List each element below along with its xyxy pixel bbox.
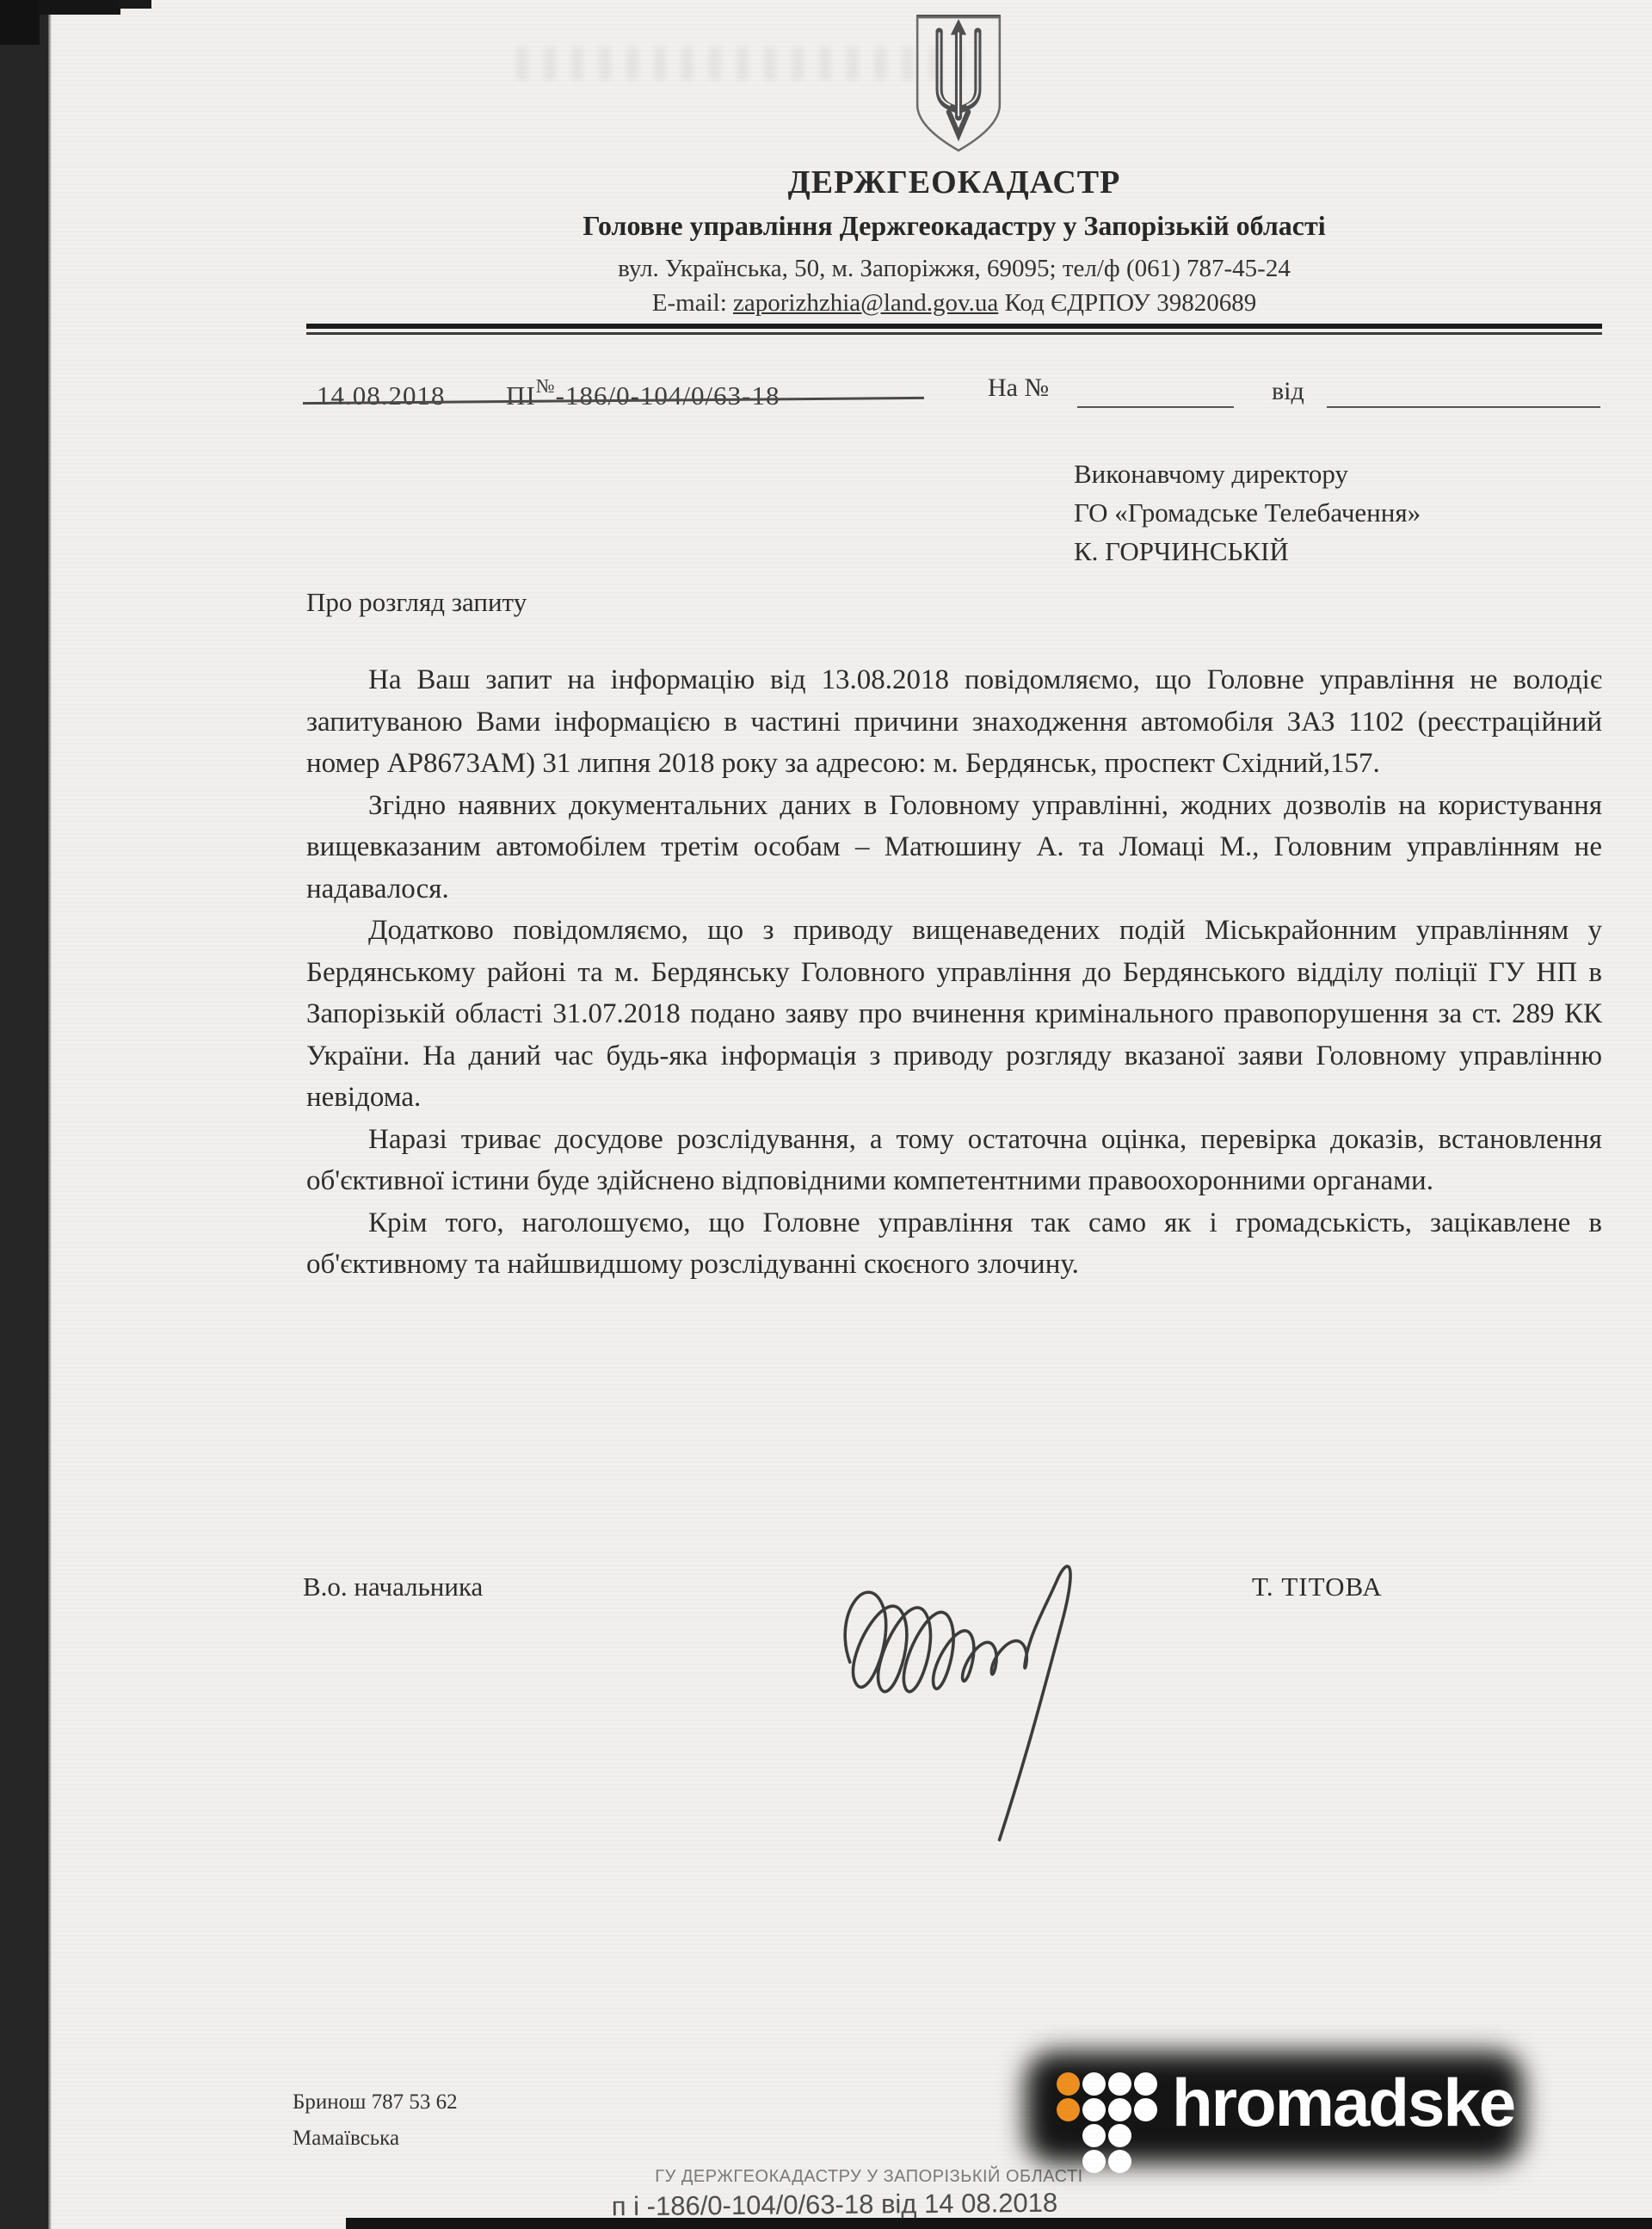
signatory-name: Т. ТІТОВА bbox=[1252, 1571, 1383, 1602]
reply-from-date-label: від bbox=[1272, 377, 1304, 406]
scan-smudge-artifact bbox=[516, 47, 964, 80]
header-divider-thick bbox=[306, 324, 1602, 329]
scan-corner-artifact bbox=[38, 0, 120, 15]
body-paragraph: Наразі триває досудове розслідування, а … bbox=[306, 1119, 1602, 1202]
letter-body: На Ваш запит на інформацію від 13.08.201… bbox=[306, 659, 1602, 1286]
registration-stamp-number: п і -186/0-104/0/63-18 від 14 08.2018 bbox=[568, 2187, 1101, 2222]
org-address-line: вул. Українська, 50, м. Запоріжжя, 69095… bbox=[306, 255, 1602, 283]
blank-underline bbox=[1327, 406, 1600, 408]
recipient-block: Виконавчому директору ГО «Громадське Тел… bbox=[1074, 454, 1590, 571]
scan-left-edge-shadow bbox=[48, 0, 52, 2229]
org-short-name: ДЕРЖГЕОКАДАСТР bbox=[306, 164, 1602, 201]
email-suffix: Код ЄДРПОУ 39820689 bbox=[998, 289, 1256, 317]
signatory-position: В.о. начальника bbox=[303, 1571, 483, 1602]
recipient-line: К. ГОРЧИНСЬКІЙ bbox=[1074, 532, 1590, 571]
reply-to-number-label: На № bbox=[988, 374, 1049, 403]
letter-number: ПІ№-186/0-104/0/63-18 bbox=[506, 380, 780, 411]
executor-contact-block: Бринош 787 53 62 Мамаївська bbox=[293, 2084, 458, 2157]
hromadske-logo-text: hromadske bbox=[1172, 2064, 1514, 2142]
scanned-letter-page: ДЕРЖГЕОКАДАСТР Головне управління Держге… bbox=[0, 0, 1652, 2229]
hromadske-logo: hromadske bbox=[1024, 2048, 1540, 2195]
subject-line: Про розгляд запиту bbox=[306, 587, 527, 618]
executor-contact-line: Бринош 787 53 62 bbox=[293, 2084, 458, 2121]
recipient-line: ГО «Громадське Телебачення» bbox=[1074, 493, 1590, 532]
email-address: zaporizhzhia@land.gov.ua bbox=[733, 289, 998, 317]
number-sign: № bbox=[536, 375, 556, 397]
org-email-line: E-mail: zaporizhzhia@land.gov.ua Код ЄДР… bbox=[306, 289, 1602, 318]
scan-left-edge-bar bbox=[0, 0, 48, 2229]
body-paragraph: Додатково повідомляємо, що з приводу вищ… bbox=[306, 910, 1602, 1119]
scan-corner-artifact bbox=[0, 0, 40, 45]
org-full-name: Головне управління Держгеокадастру у Зап… bbox=[306, 210, 1602, 242]
header-divider-thin bbox=[306, 332, 1602, 335]
body-paragraph: Крім того, наголошуємо, що Головне управ… bbox=[306, 1202, 1602, 1286]
letter-date: 14.08.2018 bbox=[317, 380, 446, 411]
email-label: E-mail: bbox=[652, 289, 733, 317]
scan-bottom-edge-bar bbox=[346, 2218, 1652, 2229]
blank-underline bbox=[1077, 406, 1234, 408]
signature-scribble bbox=[819, 1525, 1215, 1852]
executor-contact-line: Мамаївська bbox=[293, 2121, 458, 2157]
body-paragraph: На Ваш запит на інформацію від 13.08.201… bbox=[306, 659, 1602, 785]
ukraine-trident-emblem-icon bbox=[910, 12, 1007, 157]
scan-corner-artifact bbox=[119, 0, 151, 9]
body-paragraph: Згідно наявних документальних даних в Го… bbox=[306, 785, 1602, 911]
recipient-line: Виконавчому директору bbox=[1074, 454, 1590, 493]
